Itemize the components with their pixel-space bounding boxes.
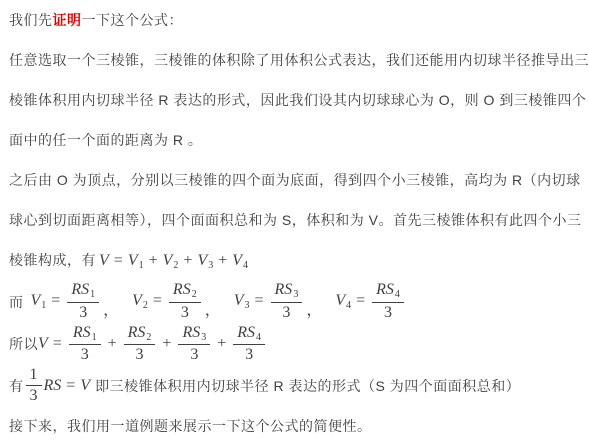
v4-subscript: 4 — [346, 300, 351, 311]
v4-var: V — [335, 292, 345, 309]
fraction-denominator: 3 — [282, 303, 290, 322]
term-v4-subscript: 4 — [243, 260, 248, 271]
equals-sign: = — [356, 292, 365, 310]
result-tail-text: 即三棱锥体积用内切球半径 R 表达的形式（S 为四个面面积总和） — [95, 376, 520, 396]
numerator-subscript: 3 — [293, 289, 298, 300]
term-v3-subscript: 3 — [208, 260, 213, 271]
final-formula-equation: 1 3 RS = V — [24, 366, 91, 406]
apex-paragraph-line-2: 球心到切面距离相等），四个面面积总和为 S，体积和为 V。首先三棱锥体积有此四个… — [9, 200, 583, 240]
sum-fraction-1: RS1 3 — [69, 324, 101, 365]
v4-definition-equation: V4 = RS4 3 — [335, 281, 406, 322]
v3-fraction: RS3 3 — [271, 281, 303, 322]
term-v1: V — [128, 252, 138, 269]
numerator-vars: RS — [73, 324, 91, 341]
term-v2-subscript: 2 — [173, 260, 178, 271]
one-third-fraction: 1 3 — [26, 366, 42, 406]
v2-fraction: RS2 3 — [169, 281, 201, 322]
equals-sign: = — [51, 292, 60, 310]
intro-paragraph: 我们先证明一下这个公式： — [9, 0, 583, 40]
comma-separator: ， — [306, 297, 322, 320]
comma-separator: ， — [205, 297, 221, 320]
v3-symbol: V3 — [234, 292, 250, 311]
equals-sign: = — [114, 252, 123, 269]
numerator-subscript: 2 — [146, 332, 151, 343]
plus-sign: + — [218, 252, 227, 269]
v2-definition-equation: V2 = RS2 3 — [132, 281, 203, 322]
intro-text-before: 我们先 — [9, 12, 53, 28]
select-paragraph-line-1: 任意选取一个三棱锥，三棱锥的体积除了用体积公式表达，我们还能用内切球半径推导出三 — [9, 40, 583, 80]
term-v2: V — [163, 252, 173, 269]
v1-var: V — [31, 292, 41, 309]
term-definitions-row: 而 V1 = RS1 3 ， V2 = RS2 3 ， V3 = RS3 3 — [9, 280, 583, 323]
fraction-numerator: RS1 — [69, 324, 101, 346]
v1-symbol: V1 — [31, 292, 47, 311]
fraction-denominator: 3 — [181, 303, 189, 322]
select-paragraph-line-2: 棱锥体积用内切球半径 R 表达的形式，因此我们设其内切球球心为 O，则 O 到三… — [9, 80, 583, 120]
numerator-vars: RS — [71, 281, 89, 298]
final-formula-row: 有 1 3 RS = V 即三棱锥体积用内切球半径 R 表达的形式（S 为四个面… — [9, 365, 583, 406]
fraction-numerator: RS3 — [271, 281, 303, 303]
term-v3: V — [197, 252, 207, 269]
closing-paragraph: 接下来，我们用一道例题来展示一下这个公式的简便性。 — [9, 406, 583, 442]
proof-highlight: 证明 — [53, 12, 82, 28]
v4-symbol: V4 — [335, 292, 351, 311]
defs-lead: 而 — [9, 292, 24, 312]
select-paragraph-line-3: 面中的任一个面的距离为 R 。 — [9, 120, 583, 160]
plus-sign: + — [217, 335, 226, 353]
numerator-vars: RS — [182, 324, 200, 341]
volume-sum-equation: V = RS1 3 + RS2 3 + RS3 3 + RS4 3 — [38, 324, 267, 365]
volume-sum-row: 所以 V = RS1 3 + RS2 3 + RS3 3 + RS4 3 — [9, 323, 583, 365]
numerator-subscript: 1 — [90, 289, 95, 300]
sum-fraction-2: RS2 3 — [124, 324, 156, 365]
numerator-subscript: 2 — [192, 289, 197, 300]
comma-separator: ， — [103, 297, 119, 320]
fraction-numerator: RS4 — [372, 281, 404, 303]
v1-fraction: RS1 3 — [67, 281, 99, 322]
fraction-denominator: 3 — [136, 345, 144, 364]
numerator-vars: RS — [376, 281, 394, 298]
plus-sign: + — [108, 335, 117, 353]
sum-lead: 所以 — [9, 334, 38, 354]
fraction-numerator: RS2 — [124, 324, 156, 346]
plus-sign: + — [149, 252, 158, 269]
numerator-vars: RS — [275, 281, 293, 298]
v1-definition-equation: V1 = RS1 3 — [31, 281, 102, 322]
v4-fraction: RS4 3 — [372, 281, 404, 322]
v3-definition-equation: V3 = RS3 3 — [234, 281, 305, 322]
plus-sign: + — [183, 252, 192, 269]
rs-vars: RS — [44, 377, 62, 395]
fraction-denominator: 3 — [245, 345, 253, 364]
equals-sign: = — [153, 292, 162, 310]
numerator-subscript: 4 — [395, 289, 400, 300]
sum-lhs: V — [99, 252, 109, 269]
equals-sign: = — [53, 335, 62, 353]
fraction-numerator: RS1 — [67, 281, 99, 303]
volume-sum-identity: V=V1+V2+V3+V4 — [99, 252, 248, 271]
v3-var: V — [234, 292, 244, 309]
sum-lhs: V — [38, 335, 48, 353]
result-lead: 有 — [9, 376, 24, 396]
v2-subscript: 2 — [143, 300, 148, 311]
document-body: 我们先证明一下这个公式： 任意选取一个三棱锥，三棱锥的体积除了用体积公式表达，我… — [0, 0, 589, 442]
apex-paragraph-line-3: 棱锥构成，有V=V1+V2+V3+V4 — [9, 240, 583, 280]
v1-subscript: 1 — [41, 300, 46, 311]
sum-fraction-4: RS4 3 — [233, 324, 265, 365]
fraction-denominator: 3 — [79, 303, 87, 322]
fraction-numerator: RS3 — [178, 324, 210, 346]
result-rhs: V — [80, 377, 90, 395]
fraction-denominator: 3 — [384, 303, 392, 322]
numerator-vars: RS — [173, 281, 191, 298]
intro-text-after: 一下这个公式： — [82, 12, 184, 28]
numerator-vars: RS — [128, 324, 146, 341]
sum-fraction-3: RS3 3 — [178, 324, 210, 365]
fraction-denominator: 3 — [81, 345, 89, 364]
fraction-denominator: 3 — [30, 386, 38, 405]
numerator-subscript: 4 — [256, 332, 261, 343]
equals-sign: = — [66, 377, 75, 395]
v2-symbol: V2 — [132, 292, 148, 311]
numerator-vars: RS — [237, 324, 255, 341]
fraction-numerator: RS2 — [169, 281, 201, 303]
v2-var: V — [132, 292, 142, 309]
fraction-numerator: 1 — [26, 366, 42, 386]
apex-line3-text: 棱锥构成，有 — [9, 240, 96, 280]
term-v4: V — [232, 252, 242, 269]
numerator-subscript: 3 — [201, 332, 206, 343]
v3-subscript: 3 — [245, 300, 250, 311]
plus-sign: + — [162, 335, 171, 353]
apex-paragraph-line-1: 之后由 O 为顶点，分别以三棱锥的四个面为底面，得到四个小三棱锥，高均为 R（内… — [9, 160, 583, 200]
fraction-numerator: RS4 — [233, 324, 265, 346]
equals-sign: = — [255, 292, 264, 310]
fraction-denominator: 3 — [190, 345, 198, 364]
term-v1-subscript: 1 — [139, 260, 144, 271]
numerator-subscript: 1 — [92, 332, 97, 343]
